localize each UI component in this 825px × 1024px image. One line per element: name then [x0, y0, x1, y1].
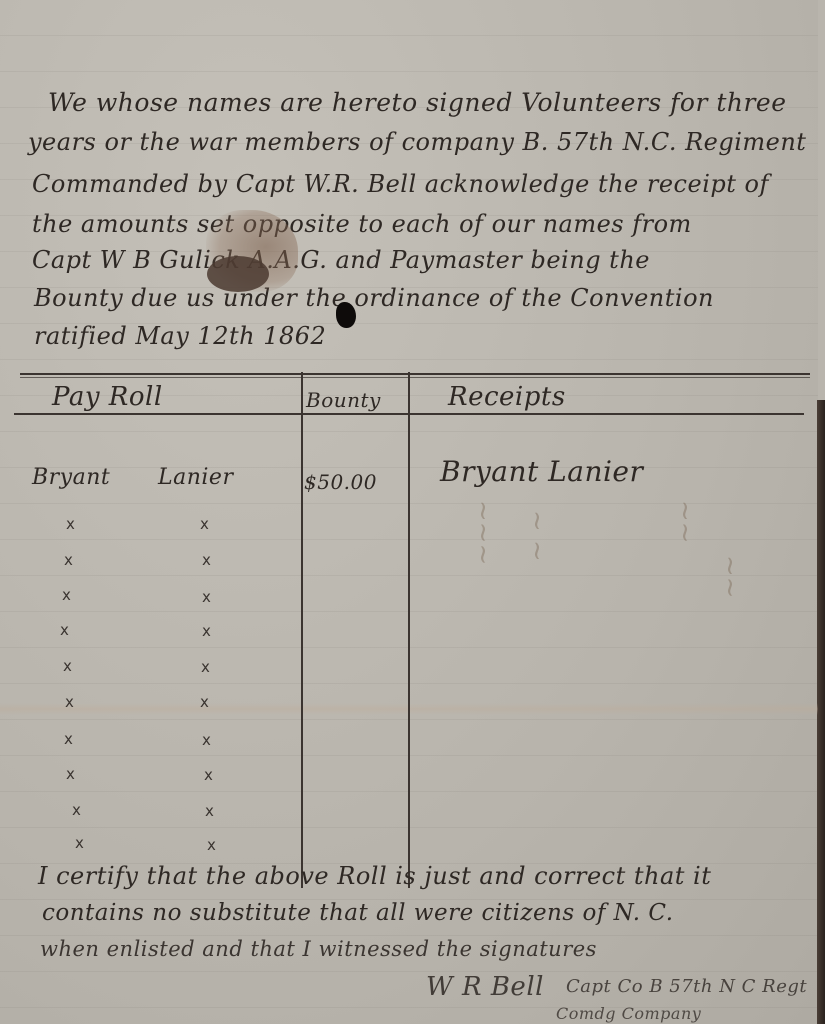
x-mark: x: [200, 515, 209, 533]
x-mark: x: [64, 551, 73, 569]
header-receipts: Receipts: [448, 382, 566, 412]
certification-line: when enlisted and that I witnessed the s…: [40, 937, 597, 961]
bleed-through-mark: ~~: [670, 500, 700, 544]
preamble-line: the amounts set opposite to each of our …: [32, 210, 692, 238]
x-mark: x: [202, 588, 211, 606]
x-mark: x: [75, 834, 84, 852]
certification-line: I certify that the above Roll is just an…: [38, 862, 711, 890]
table-top-rule-secondary: [20, 377, 810, 378]
x-mark: x: [201, 658, 210, 676]
x-mark: x: [205, 802, 214, 820]
x-mark: x: [207, 836, 216, 854]
cell-last-name: Lanier: [158, 465, 233, 490]
x-mark: x: [204, 766, 213, 784]
paper-edge-shadow: [817, 400, 825, 1024]
cell-receipt-signature: Bryant Lanier: [440, 455, 643, 488]
preamble-line: Bounty due us under the ordinance of the…: [34, 284, 714, 312]
ink-blot: [336, 302, 356, 328]
cell-bounty: $50.00: [304, 470, 377, 494]
x-mark: x: [64, 730, 73, 748]
preamble-line: years or the war members of company B. 5…: [28, 128, 806, 156]
bleed-through-mark: ~~: [715, 555, 745, 599]
column-divider-receipts: [408, 372, 410, 888]
x-mark: x: [200, 693, 209, 711]
ink-stain: [207, 256, 269, 292]
bleed-through-mark: ~ ~: [522, 510, 552, 562]
cell-first-name: Bryant: [32, 465, 110, 490]
signature-subtitle: Comdg Company: [556, 1004, 701, 1023]
signature-name: W R Bell: [426, 972, 544, 1002]
x-mark: x: [202, 622, 211, 640]
preamble-line: We whose names are hereto signed Volunte…: [48, 88, 787, 117]
column-divider-bounty: [301, 372, 303, 888]
certification-line: contains no substitute that all were cit…: [42, 900, 674, 926]
table-top-rule: [20, 373, 810, 375]
header-bounty: Bounty: [306, 388, 381, 412]
header-pay-roll: Pay Roll: [52, 382, 163, 412]
preamble-line: Capt W B Gulick A.A.G. and Paymaster bei…: [32, 246, 650, 274]
x-mark: x: [65, 693, 74, 711]
x-mark: x: [202, 731, 211, 749]
bleed-through-mark: ~~~: [468, 500, 498, 565]
preamble-line: ratified May 12th 1862: [34, 322, 326, 350]
x-mark: x: [66, 765, 75, 783]
preamble-line: Commanded by Capt W.R. Bell acknowledge …: [32, 170, 769, 198]
x-mark: x: [202, 551, 211, 569]
x-mark: x: [63, 657, 72, 675]
x-mark: x: [60, 621, 69, 639]
x-mark: x: [72, 801, 81, 819]
x-mark: x: [66, 515, 75, 533]
x-mark: x: [62, 586, 71, 604]
signature-title: Capt Co B 57th N C Regt: [566, 976, 807, 997]
